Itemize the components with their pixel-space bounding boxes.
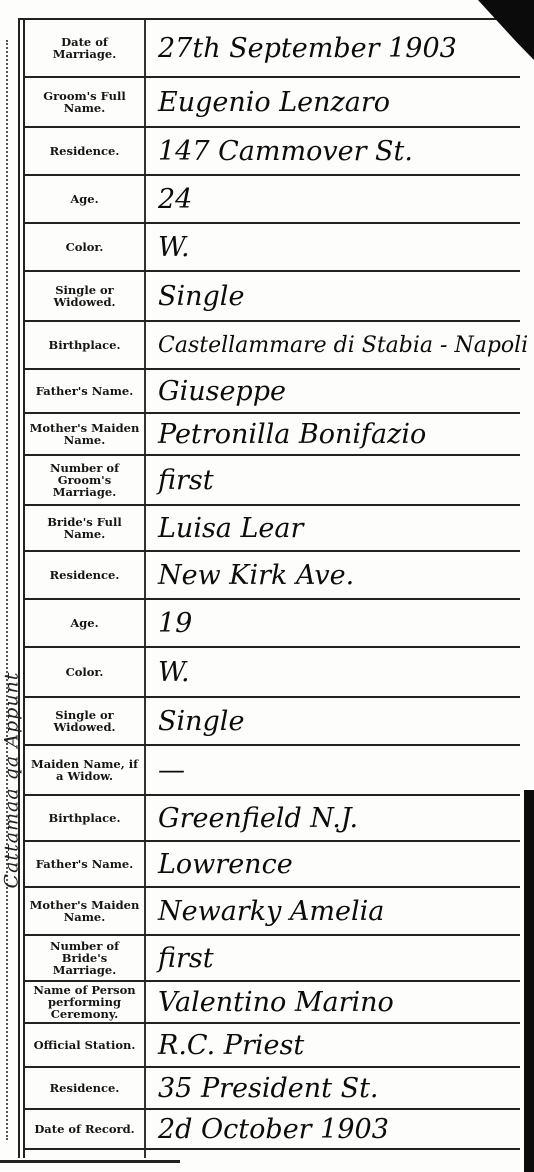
record-field-row: Date of Marriage.27th September 1903	[25, 20, 520, 78]
record-field-row: Birthplace.Castellammare di Stabia - Nap…	[25, 322, 520, 370]
field-label: Single or Widowed.	[25, 272, 144, 320]
field-label: Number of Groom's Marriage.	[25, 456, 144, 504]
record-field-row: Number of Bride's Marriage.first	[25, 936, 520, 982]
record-field-row: Mother's Maiden Name.Petronilla Bonifazi…	[25, 414, 520, 456]
record-field-row: Mother's Maiden Name.Newarky Amelia	[25, 888, 520, 936]
field-label: Maiden Name, if a Widow.	[25, 746, 144, 794]
record-field-row: Father's Name.Giuseppe	[25, 370, 520, 414]
field-label: Official Station.	[25, 1024, 144, 1066]
record-field-row: Birthplace.Greenfield N.J.	[25, 796, 520, 842]
record-field-row: Bride's Full Name.Luisa Lear	[25, 506, 520, 552]
field-label: Birthplace.	[25, 322, 144, 368]
field-value-handwritten: 147 Cammover St.	[144, 128, 520, 174]
field-label: Father's Name.	[25, 370, 144, 412]
left-border-rule	[18, 18, 20, 1158]
record-field-row: Residence.147 Cammover St.	[25, 128, 520, 176]
field-value-handwritten: R.C. Priest	[144, 1024, 520, 1066]
bottom-border-rule	[0, 1160, 180, 1163]
field-value-handwritten: Castellammare di Stabia - Napoli	[144, 322, 528, 368]
record-field-row: Number of Groom's Marriage.first	[25, 456, 520, 506]
field-label: Date of Marriage.	[25, 20, 144, 76]
marriage-record-page: Cattamaa qa Appunt Date of Marriage.27th…	[0, 0, 534, 1172]
field-label: Residence.	[25, 1068, 144, 1108]
field-label: Residence.	[25, 128, 144, 174]
field-value-handwritten: 19	[144, 600, 520, 646]
field-label: Bride's Full Name.	[25, 506, 144, 550]
field-value-handwritten: 2d October 1903	[144, 1110, 520, 1148]
field-value-handwritten: Eugenio Lenzaro	[144, 78, 520, 126]
field-value-handwritten: 35 President St.	[144, 1068, 520, 1108]
record-field-row: Age.19	[25, 600, 520, 648]
field-value-handwritten: Single	[144, 698, 520, 744]
record-field-row: Single or Widowed.Single	[25, 272, 520, 322]
field-value-handwritten: New Kirk Ave.	[144, 552, 520, 598]
field-value-handwritten: Greenfield N.J.	[144, 796, 520, 840]
field-label: Age.	[25, 600, 144, 646]
field-label: Single or Widowed.	[25, 698, 144, 744]
record-field-row: Date of Record.2d October 1903	[25, 1110, 520, 1150]
field-value-handwritten: first	[144, 936, 520, 980]
field-label: Age.	[25, 176, 144, 222]
field-label: Number of Bride's Marriage.	[25, 936, 144, 980]
field-value-handwritten: Single	[144, 272, 520, 320]
record-field-row: Father's Name.Lowrence	[25, 842, 520, 888]
record-field-row: Single or Widowed.Single	[25, 698, 520, 746]
record-field-row: Name of Person performing Ceremony.Valen…	[25, 982, 520, 1024]
field-value-handwritten: Lowrence	[144, 842, 520, 886]
field-value-handwritten: W.	[144, 648, 520, 696]
scan-edge-shadow	[524, 790, 534, 1172]
field-value-handwritten: W.	[144, 224, 520, 270]
field-value-handwritten: Giuseppe	[144, 370, 520, 412]
margin-note: Cattamaa qa Appunt	[0, 480, 24, 1080]
record-field-row: Groom's Full Name.Eugenio Lenzaro	[25, 78, 520, 128]
field-label: Color.	[25, 648, 144, 696]
record-field-row: Age.24	[25, 176, 520, 224]
field-value-handwritten: —	[144, 746, 520, 794]
field-value-handwritten: Newarky Amelia	[144, 888, 520, 934]
field-label: Birthplace.	[25, 796, 144, 840]
field-label: Father's Name.	[25, 842, 144, 886]
field-label: Mother's Maiden Name.	[25, 888, 144, 934]
record-field-row: Color.W.	[25, 648, 520, 698]
field-label: Residence.	[25, 552, 144, 598]
record-field-row: Official Station.R.C. Priest	[25, 1024, 520, 1068]
field-label: Name of Person performing Ceremony.	[25, 982, 144, 1022]
field-value-handwritten: first	[144, 456, 520, 504]
field-value-handwritten: 27th September 1903	[144, 20, 520, 76]
field-label: Groom's Full Name.	[25, 78, 144, 126]
record-field-row: Residence.35 President St.	[25, 1068, 520, 1110]
field-value-handwritten: 24	[144, 176, 520, 222]
field-value-handwritten: Petronilla Bonifazio	[144, 414, 520, 454]
field-label: Date of Record.	[25, 1110, 144, 1148]
record-field-row: Maiden Name, if a Widow.—	[25, 746, 520, 796]
record-field-row: Residence.New Kirk Ave.	[25, 552, 520, 600]
record-field-row: Color.W.	[25, 224, 520, 272]
record-fields-table: Date of Marriage.27th September 1903Groo…	[25, 20, 520, 1150]
field-label: Color.	[25, 224, 144, 270]
field-label: Mother's Maiden Name.	[25, 414, 144, 454]
field-value-handwritten: Valentino Marino	[144, 982, 520, 1022]
field-value-handwritten: Luisa Lear	[144, 506, 520, 550]
